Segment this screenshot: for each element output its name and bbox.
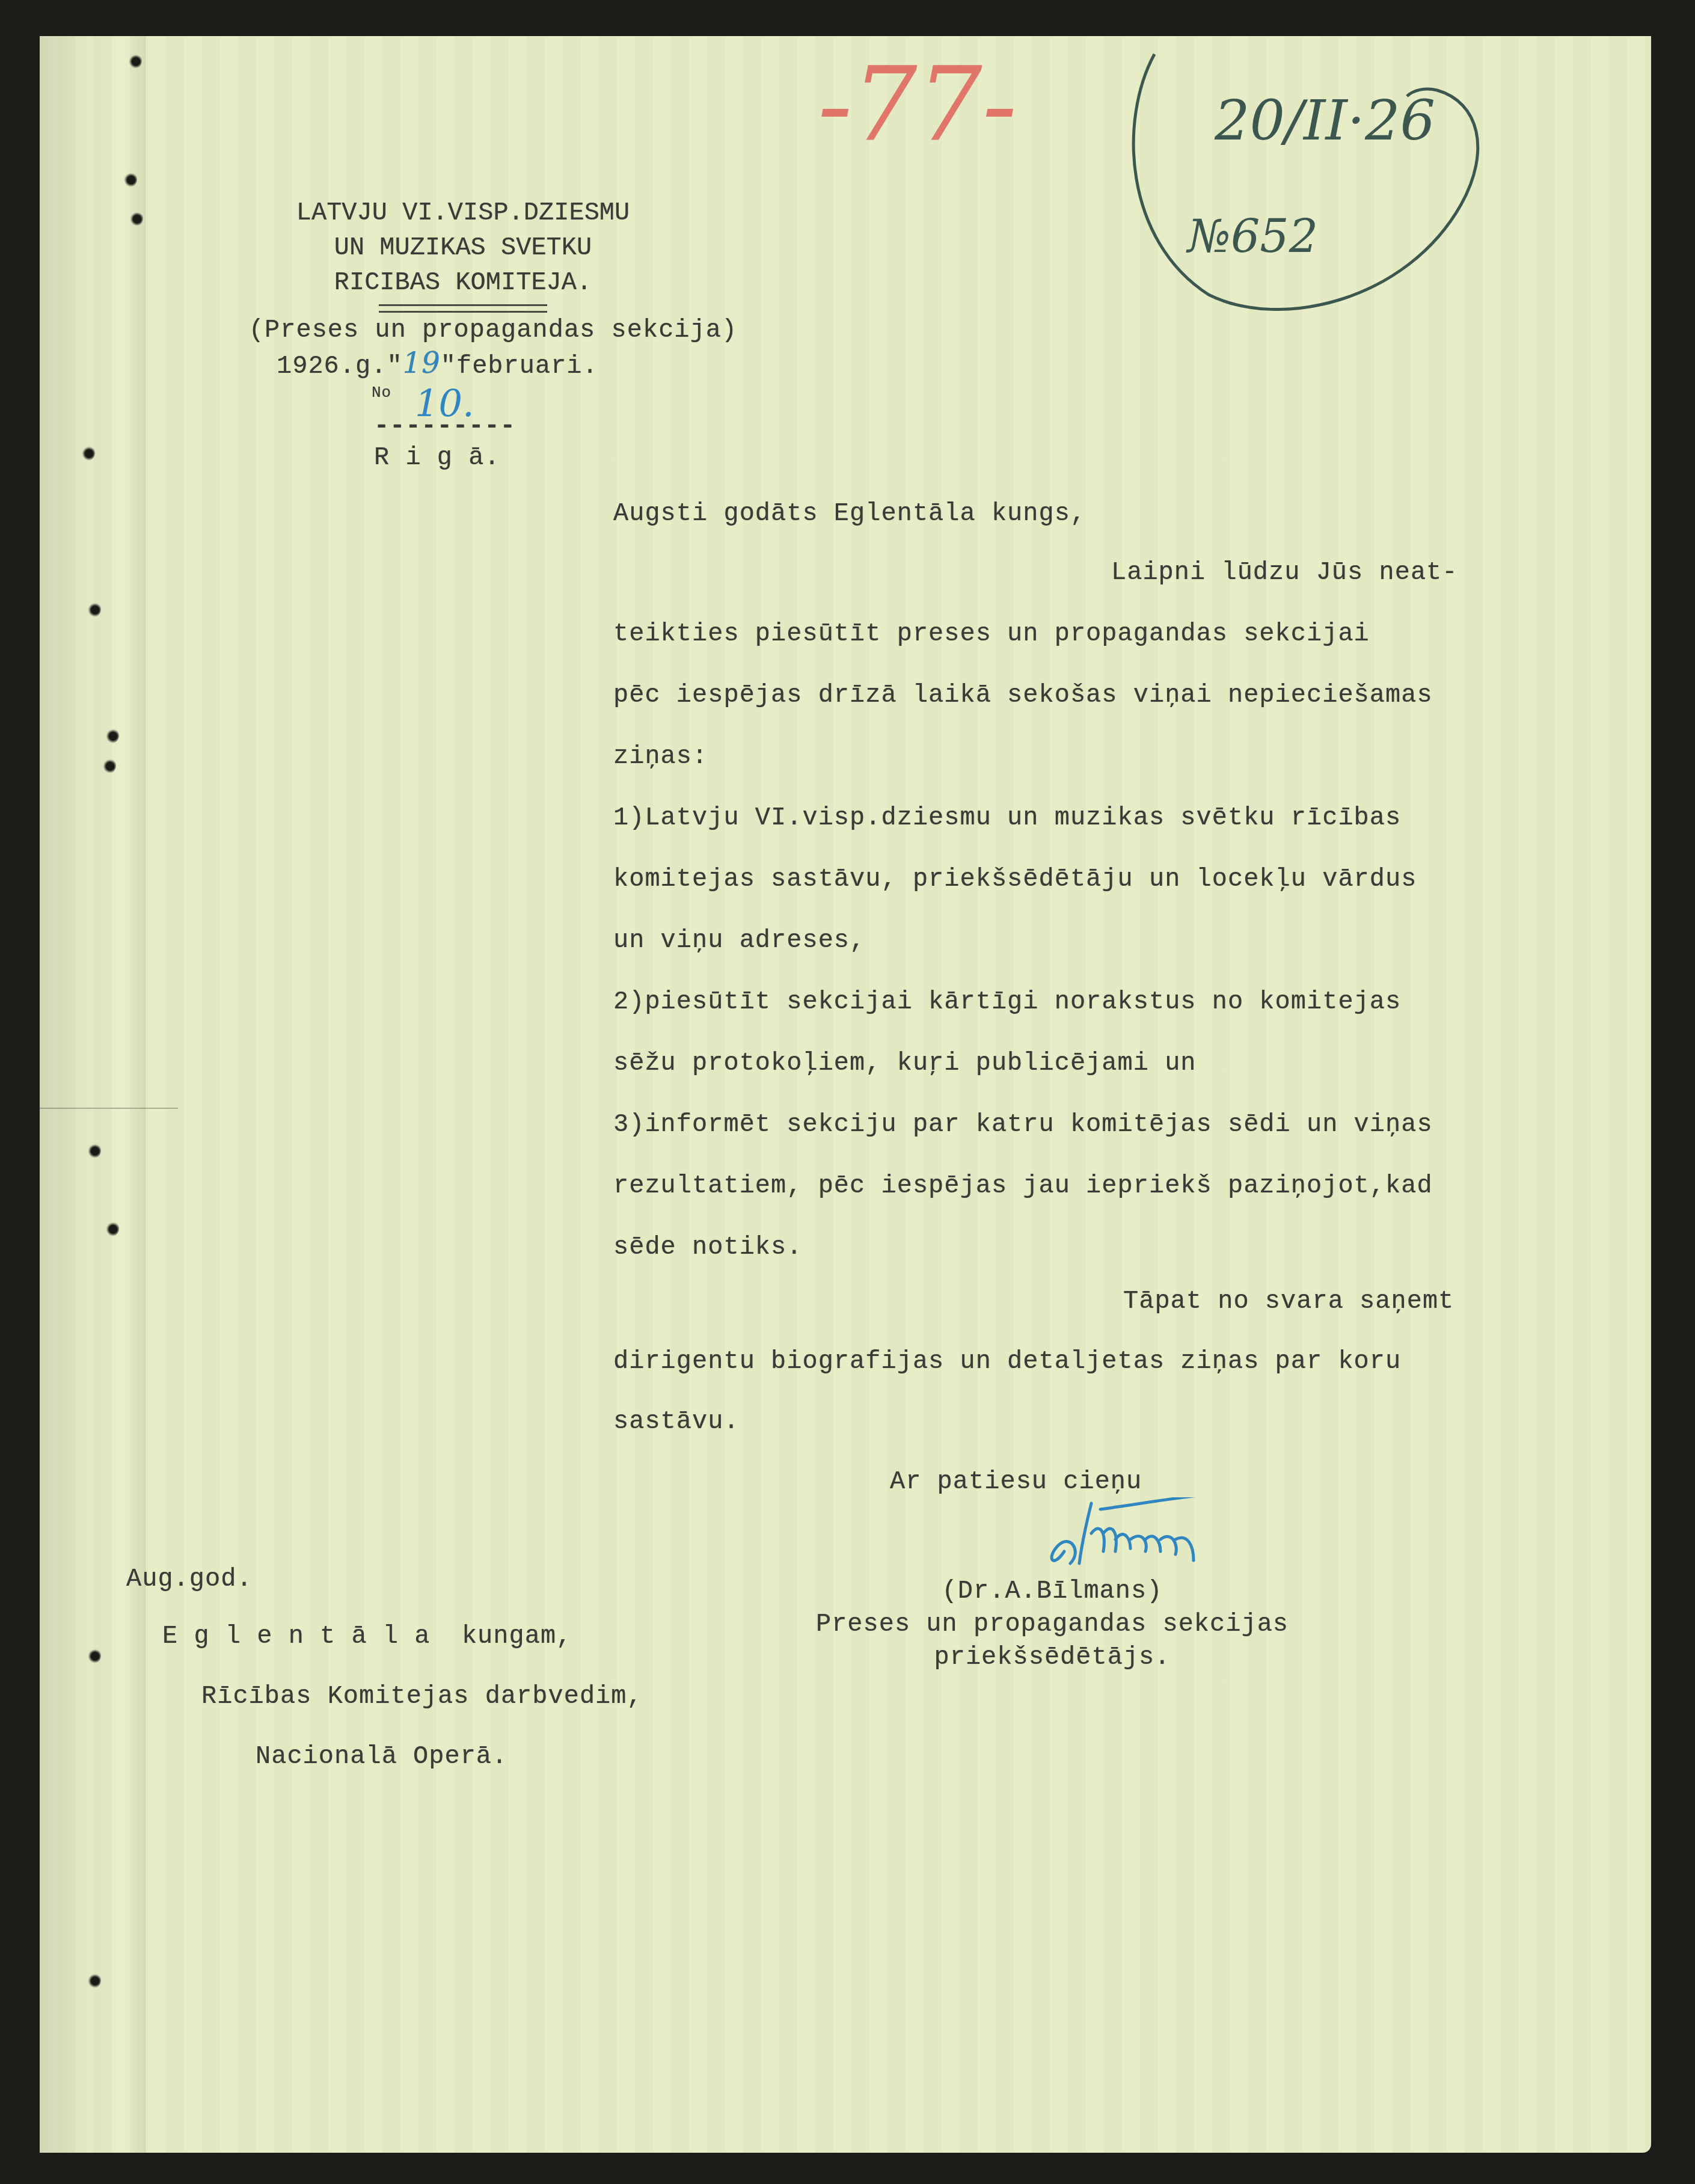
- body-line: Laipni lūdzu Jūs neat-: [1111, 558, 1458, 587]
- signatory-title-2: priekšsēdētājs.: [752, 1645, 1353, 1670]
- body-line: dirigentu biografijas un detaljetas ziņa…: [613, 1347, 1401, 1376]
- punch-hole: [106, 1221, 119, 1236]
- body-line: pēc iespējas drīzā laikā sekošas viņai n…: [613, 681, 1433, 710]
- body-line: un viņu adreses,: [613, 926, 865, 955]
- punch-hole: [103, 758, 116, 773]
- number-rule: ---------: [374, 414, 516, 439]
- signatory-title-1: Preses un propagandas sekcijas: [752, 1612, 1353, 1637]
- list-item-1: 1)Latvju VI.visp.dziesmu un muzikas svēt…: [613, 803, 1401, 832]
- punch-hole: [124, 171, 137, 187]
- body-line: Tāpat no svara saņemt: [1123, 1287, 1454, 1316]
- registration-date: 20/II·26: [1215, 93, 1435, 149]
- punch-hole: [106, 728, 119, 743]
- body-line: rezultatiem, pēc iespējas jau iepriekš p…: [613, 1171, 1433, 1200]
- punch-hole: [88, 1972, 101, 1988]
- date-suffix: "februari.: [441, 352, 598, 381]
- place: R i g ā.: [374, 445, 500, 470]
- binding-margin: [40, 36, 146, 2153]
- folio-number-annotation: -77-: [818, 54, 1017, 156]
- punch-hole: [88, 601, 101, 617]
- addressee-line-3: Rīcības Komitejas darbvedim,: [201, 1684, 643, 1709]
- closing: Ar patiesu cieņu: [890, 1467, 1142, 1496]
- body-line: teikties piesūtīt preses un propagandas …: [613, 619, 1370, 648]
- letter-date: 1926.g."19"februari.: [277, 349, 598, 379]
- addressee-line-2: E g l e n t ā l a kungam,: [162, 1624, 572, 1649]
- body-line: ziņas:: [613, 742, 708, 771]
- org-line-3: RICIBAS KOMITEJA.: [222, 268, 703, 297]
- signature-icon: [1046, 1497, 1311, 1581]
- body-line: sēžu protokoļiem, kuŗi publicējami un: [613, 1049, 1197, 1078]
- paper-tear: [40, 1108, 178, 1109]
- salutation: Augsti godāts Eglentāla kungs,: [613, 499, 1086, 528]
- double-rule: [379, 304, 547, 313]
- punch-hole: [129, 53, 142, 69]
- list-item-3: 3)informēt sekciju par katru komitējas s…: [613, 1110, 1433, 1139]
- body-line: sastāvu.: [613, 1407, 740, 1436]
- date-prefix: 1926.g.": [277, 352, 403, 381]
- signatory-name: (Dr.A.Bīlmans): [752, 1578, 1353, 1604]
- registration-number: №652: [1188, 213, 1318, 259]
- org-line-2: UN MUZIKAS SVETKU: [222, 233, 703, 262]
- punch-hole: [88, 1648, 101, 1663]
- number-label: No: [372, 385, 391, 400]
- punch-hole: [130, 210, 143, 226]
- punch-hole: [82, 445, 95, 461]
- punch-hole: [88, 1143, 101, 1158]
- addressee-line-1: Aug.god.: [126, 1566, 253, 1592]
- org-line-1: LATVJU VI.VISP.DZIESMU: [222, 198, 703, 227]
- body-line: komitejas sastāvu, priekšsēdētāju un loc…: [613, 865, 1417, 894]
- body-line: sēde notiks.: [613, 1233, 802, 1262]
- addressee-line-4: Nacionalā Operā.: [256, 1744, 507, 1769]
- date-day-handwritten: 19: [403, 346, 441, 380]
- list-item-2: 2)piesūtīt sekcijai kārtīgi norakstus no…: [613, 987, 1401, 1016]
- letterhead: LATVJU VI.VISP.DZIESMU UN MUZIKAS SVETKU…: [222, 198, 703, 322]
- section-name: (Preses un propagandas sekcija): [204, 317, 782, 343]
